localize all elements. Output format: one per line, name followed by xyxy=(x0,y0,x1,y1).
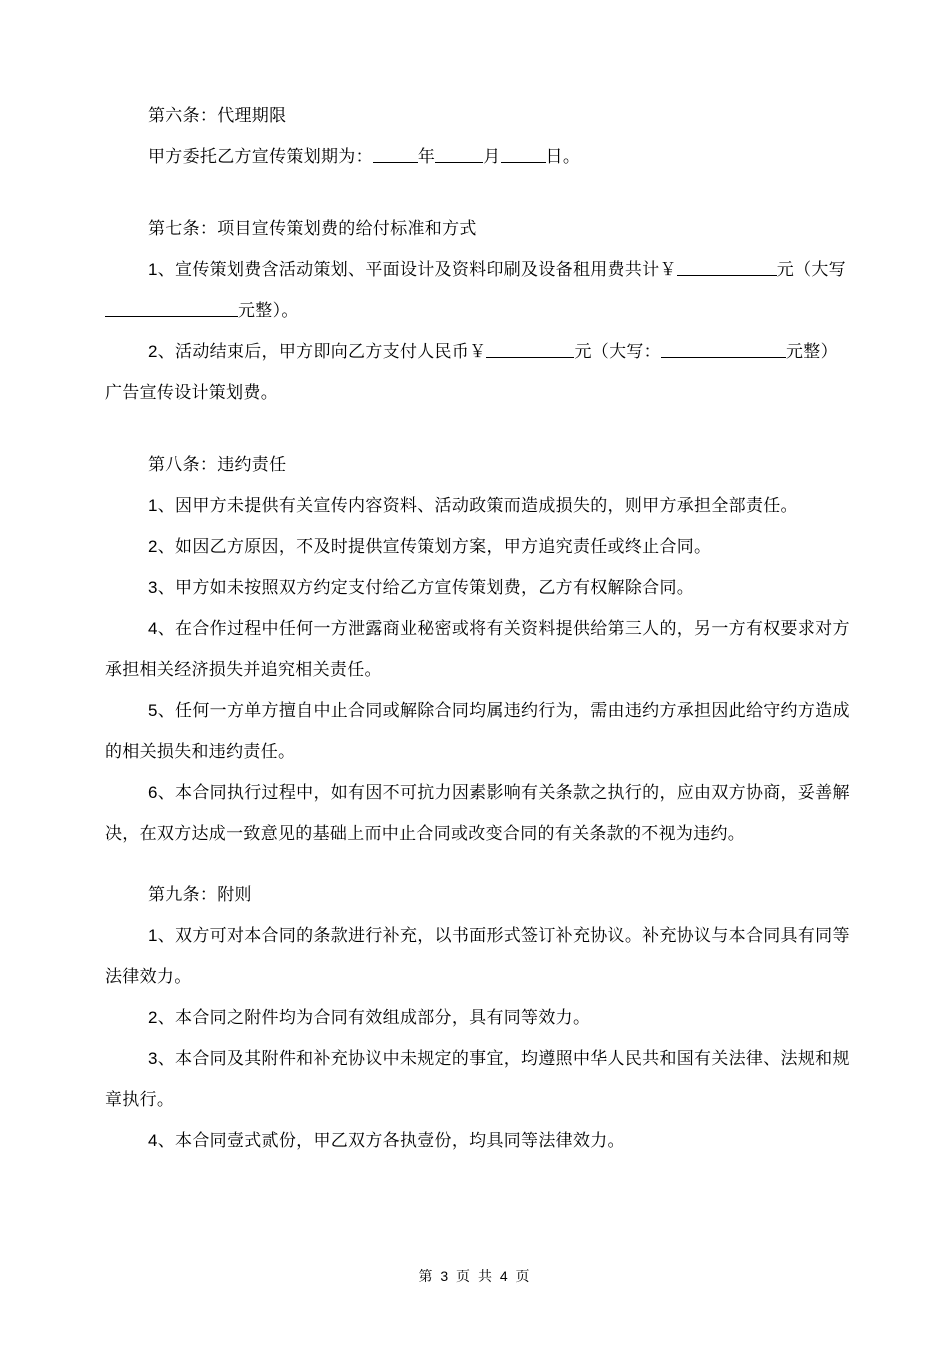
text-line: 法律效力。 xyxy=(105,956,850,997)
text-run: 元整）。 xyxy=(238,301,299,320)
text-run: 元整） xyxy=(786,342,838,361)
text-line: 1、宣传策划费含活动策划、平面设计及资料印刷及设备租用费共计￥元（大写 xyxy=(105,249,850,290)
text-line: 3、甲方如未按照双方约定支付给乙方宣传策划费，乙方有权解除合同。 xyxy=(105,567,850,608)
text-line: 第七条：项目宣传策划费的给付标准和方式 xyxy=(105,208,850,249)
text-run: 月 xyxy=(483,147,500,166)
text-line: 广告宣传设计策划费。 xyxy=(105,372,850,413)
text-run: 甲方委托乙方宣传策划期为： xyxy=(148,147,373,166)
text-run: 第八条：违约责任 xyxy=(148,455,286,474)
document-page: 第六条：代理期限甲方委托乙方宣传策划期为：年月日。第七条：项目宣传策划费的给付标… xyxy=(0,0,950,1346)
text-run: 2、本合同之附件均为合同有效组成部分，具有同等效力。 xyxy=(148,1008,590,1027)
text-line: 甲方委托乙方宣传策划期为：年月日。 xyxy=(105,136,850,177)
text-run: 日。 xyxy=(546,147,581,166)
document-content: 第六条：代理期限甲方委托乙方宣传策划期为：年月日。第七条：项目宣传策划费的给付标… xyxy=(105,95,850,1161)
text-run: 4、本合同壹式贰份，甲乙双方各执壹份，均具同等法律效力。 xyxy=(148,1131,625,1150)
text-line: 决，在双方达成一致意见的基础上而中止合同或改变合同的有关条款的不视为违约。 xyxy=(105,813,850,854)
text-run: 年 xyxy=(418,147,435,166)
text-line: 6、本合同执行过程中，如有因不可抗力因素影响有关条款之执行的，应由双方协商，妥善… xyxy=(105,772,850,813)
text-run: 4、在合作过程中任何一方泄露商业秘密或将有关资料提供给第三人的，另一方有权要求对… xyxy=(148,619,850,638)
text-run: 1、因甲方未提供有关宣传内容资料、活动政策而造成损失的，则甲方承担全部责任。 xyxy=(148,496,798,515)
text-line: 4、本合同壹式贰份，甲乙双方各执壹份，均具同等法律效力。 xyxy=(105,1120,850,1161)
text-line: 1、因甲方未提供有关宣传内容资料、活动政策而造成损失的，则甲方承担全部责任。 xyxy=(105,485,850,526)
text-run: 的相关损失和违约责任。 xyxy=(105,742,295,761)
text-line: 1、双方可对本合同的条款进行补充，以书面形式签订补充协议。补充协议与本合同具有同… xyxy=(105,915,850,956)
text-line: 3、本合同及其附件和补充协议中未规定的事宜，均遵照中华人民共和国有关法律、法规和… xyxy=(105,1038,850,1079)
text-line: 4、在合作过程中任何一方泄露商业秘密或将有关资料提供给第三人的，另一方有权要求对… xyxy=(105,608,850,649)
text-line: 2、活动结束后，甲方即向乙方支付人民币￥元（大写：元整） xyxy=(105,331,850,372)
blank-underline-field xyxy=(435,160,483,163)
text-line: 第八条：违约责任 xyxy=(105,444,850,485)
blank-underline-field xyxy=(373,160,418,163)
text-run: 2、如因乙方原因，不及时提供宣传策划方案，甲方追究责任或终止合同。 xyxy=(148,537,711,556)
contract-block-article-9: 第九条：附则1、双方可对本合同的条款进行补充，以书面形式签订补充协议。补充协议与… xyxy=(105,874,850,1161)
text-line: 第六条：代理期限 xyxy=(105,95,850,136)
text-run: 5、任何一方单方擅自中止合同或解除合同均属违约行为，需由违约方承担因此给守约方造… xyxy=(148,701,850,720)
text-run: 3、本合同及其附件和补充协议中未规定的事宜，均遵照中华人民共和国有关法律、法规和… xyxy=(148,1049,850,1068)
blank-underline-field xyxy=(677,273,777,276)
contract-block-article-6: 第六条：代理期限甲方委托乙方宣传策划期为：年月日。 xyxy=(105,95,850,177)
text-run: 广告宣传设计策划费。 xyxy=(105,383,278,402)
text-line: 章执行。 xyxy=(105,1079,850,1120)
text-line: 承担相关经济损失并追究相关责任。 xyxy=(105,649,850,690)
blank-underline-field xyxy=(486,355,574,358)
page-number: 第 3 页 共 4 页 xyxy=(0,1262,950,1290)
text-run: 元（大写 xyxy=(777,260,846,279)
text-line: 2、如因乙方原因，不及时提供宣传策划方案，甲方追究责任或终止合同。 xyxy=(105,526,850,567)
text-line: 第九条：附则 xyxy=(105,874,850,915)
text-run: 法律效力。 xyxy=(105,967,192,986)
text-run: 第六条：代理期限 xyxy=(148,106,286,125)
text-run: 1、双方可对本合同的条款进行补充，以书面形式签订补充协议。补充协议与本合同具有同… xyxy=(148,926,850,945)
contract-block-article-7: 第七条：项目宣传策划费的给付标准和方式1、宣传策划费含活动策划、平面设计及资料印… xyxy=(105,208,850,413)
text-run: 2、活动结束后，甲方即向乙方支付人民币￥ xyxy=(148,342,486,361)
text-run: 承担相关经济损失并追究相关责任。 xyxy=(105,660,382,679)
text-run: 1、宣传策划费含活动策划、平面设计及资料印刷及设备租用费共计￥ xyxy=(148,260,677,279)
text-line: 的相关损失和违约责任。 xyxy=(105,731,850,772)
text-run: 6、本合同执行过程中，如有因不可抗力因素影响有关条款之执行的，应由双方协商，妥善… xyxy=(148,783,850,802)
text-line: 2、本合同之附件均为合同有效组成部分，具有同等效力。 xyxy=(105,997,850,1038)
text-run: 第九条：附则 xyxy=(148,885,252,904)
blank-underline-field xyxy=(661,355,786,358)
contract-block-article-8: 第八条：违约责任1、因甲方未提供有关宣传内容资料、活动政策而造成损失的，则甲方承… xyxy=(105,444,850,854)
blank-underline-field xyxy=(501,160,546,163)
text-run: 第七条：项目宣传策划费的给付标准和方式 xyxy=(148,219,477,238)
text-line: 元整）。 xyxy=(105,290,850,331)
text-run: 3、甲方如未按照双方约定支付给乙方宣传策划费，乙方有权解除合同。 xyxy=(148,578,694,597)
blank-underline-field xyxy=(105,314,238,317)
text-run: 决，在双方达成一致意见的基础上而中止合同或改变合同的有关条款的不视为违约。 xyxy=(105,824,745,843)
text-line: 5、任何一方单方擅自中止合同或解除合同均属违约行为，需由违约方承担因此给守约方造… xyxy=(105,690,850,731)
text-run: 章执行。 xyxy=(105,1090,174,1109)
text-run: 元（大写： xyxy=(574,342,661,361)
